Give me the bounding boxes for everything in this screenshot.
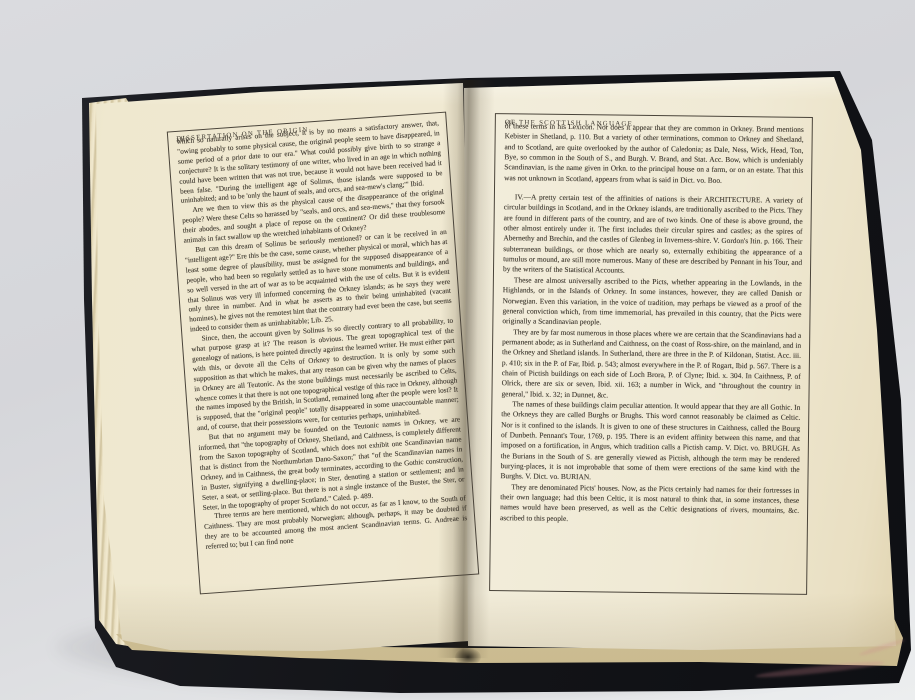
body-paragraph: IV.—A pretty certain test of the affinit…: [503, 192, 803, 278]
right-running-head: OF THE SCOTTISH LANGUAGE. xlv: [505, 118, 804, 122]
left-text-block: xliv DISSERTATION ON THE ORIGIN which so…: [167, 112, 479, 595]
body-paragraph: They are denominated Picts' houses. Now,…: [500, 482, 799, 527]
right-running-title: OF THE SCOTTISH LANGUAGE.: [505, 118, 636, 130]
body-paragraph: They are by far most numerous in those p…: [501, 327, 801, 403]
photo-background: xliv DISSERTATION ON THE ORIGIN which so…: [0, 0, 915, 700]
body-paragraph: Since, then, the account given by Solinu…: [190, 317, 459, 435]
body-paragraph: The names of these buildings claim pecul…: [500, 399, 800, 485]
right-text-block: OF THE SCOTTISH LANGUAGE. xlv of these t…: [489, 113, 813, 595]
gutter-fold-shadow: [455, 648, 481, 666]
body-paragraph: of these terms in his Lexicon. Nor does …: [504, 121, 804, 187]
right-page-number: xlv: [505, 118, 516, 128]
body-paragraph: These are almost universally ascribed to…: [502, 275, 802, 330]
